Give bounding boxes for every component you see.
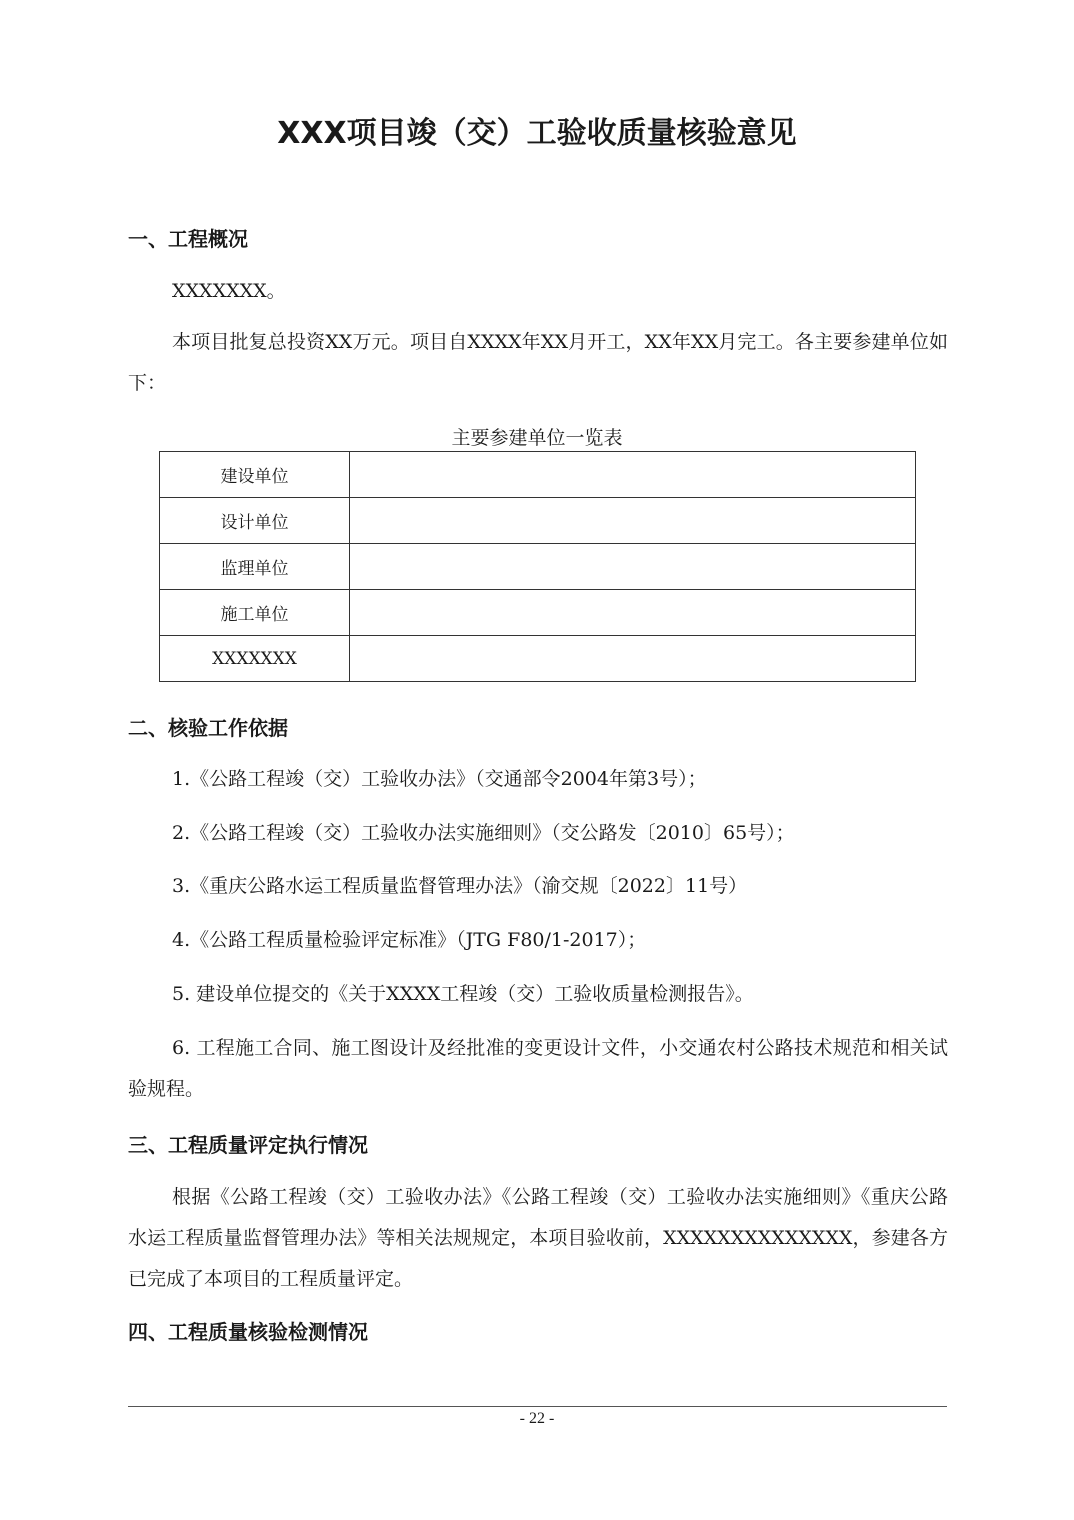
- row-label: XXXXXXX: [160, 636, 350, 682]
- row-value: [350, 452, 916, 498]
- basis-item-1: 1.《公路工程竣（交）工验收办法》（交通部令2004年第3号）；: [128, 759, 948, 800]
- row-value: [350, 498, 916, 544]
- basis-item-5: 5. 建设单位提交的《关于XXXX工程竣（交）工验收质量检测报告》。: [128, 974, 948, 1015]
- row-value: [350, 544, 916, 590]
- basis-item-6: 6. 工程施工合同、施工图设计及经批准的变更设计文件，小交通农村公路技术规范和相…: [128, 1028, 948, 1110]
- overview-paragraph-2: 本项目批复总投资XX万元。项目自XXXX年XX月开工，XX年XX月完工。各主要参…: [128, 322, 948, 404]
- evaluation-paragraph: 根据《公路工程竣（交）工验收办法》《公路工程竣（交）工验收办法实施细则》《重庆公…: [128, 1177, 948, 1300]
- table-row: 施工单位: [160, 590, 916, 636]
- table-row: XXXXXXX: [160, 636, 916, 682]
- page-number: - 22 -: [0, 1410, 1074, 1428]
- row-value: [350, 636, 916, 682]
- section-heading-evaluation: 三、工程质量评定执行情况: [128, 1129, 368, 1158]
- basis-item-4: 4.《公路工程质量检验评定标准》（JTG F80/1-2017）；: [128, 920, 948, 961]
- table-row: 设计单位: [160, 498, 916, 544]
- table-row: 监理单位: [160, 544, 916, 590]
- document-title: XXX项目竣（交）工验收质量核验意见: [0, 108, 1074, 152]
- table-row: 建设单位: [160, 452, 916, 498]
- table-caption: 主要参建单位一览表: [0, 423, 1074, 450]
- footer-divider: [128, 1406, 947, 1407]
- row-value: [350, 590, 916, 636]
- basis-item-3: 3.《重庆公路水运工程质量监督管理办法》（渝交规〔2022〕11号）: [128, 866, 948, 907]
- basis-item-2: 2.《公路工程竣（交）工验收办法实施细则》（交公路发〔2010〕65号）；: [128, 813, 948, 854]
- section-heading-inspection: 四、工程质量核验检测情况: [128, 1316, 368, 1345]
- participating-units-table: 建设单位 设计单位 监理单位 施工单位 XXXXXXX: [159, 451, 916, 682]
- row-label: 监理单位: [160, 544, 350, 590]
- section-heading-basis: 二、核验工作依据: [128, 712, 288, 741]
- section-heading-overview: 一、工程概况: [128, 223, 248, 252]
- row-label: 施工单位: [160, 590, 350, 636]
- row-label: 建设单位: [160, 452, 350, 498]
- overview-paragraph-1: XXXXXXX。: [128, 271, 948, 312]
- row-label: 设计单位: [160, 498, 350, 544]
